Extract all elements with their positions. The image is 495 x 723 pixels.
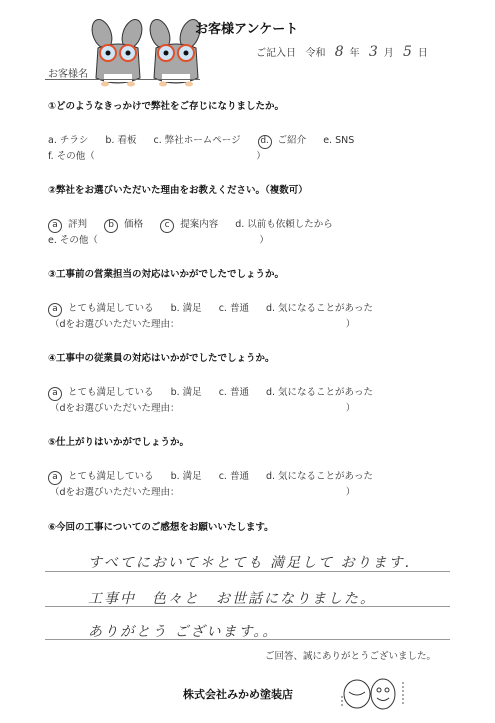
option-c[interactable]: c 提案内容 [160,216,218,233]
option-b[interactable]: b 価格 [104,216,143,233]
mouse-with-glasses-icon [88,18,148,88]
question-3-options: a とても満足している b. 満足 c. 普通 d. 気になることがあった [48,300,387,317]
option-c[interactable]: c. 弊社ホームページ [154,132,241,146]
option-b[interactable]: b. 看板 [105,132,136,146]
selected-circle: a [48,471,62,485]
comment-line-1[interactable]: すべてにおいて＊とても 満足して おります. [88,552,411,572]
thanks-message: ご回答、誠にありがとうございました。 [265,648,436,662]
option-c[interactable]: c. 普通 [219,300,249,314]
option-a-label: 評判 [68,219,87,230]
era: 令和 [306,48,326,59]
option-b[interactable]: b. 満足 [171,384,202,398]
option-b[interactable]: b. 満足 [171,300,202,314]
question-1-options: a. チラシ b. 看板 c. 弊社ホームページ d. ご紹介 e. SNS [48,132,368,149]
customer-name-line [45,79,200,80]
month-unit: 月 [384,48,394,59]
option-d[interactable]: d. ご紹介 [258,132,307,149]
selected-circle: d. [258,135,272,149]
question-1-other[interactable]: f. その他（ ） [48,148,266,162]
question-3-title: ③工事前の営業担当の対応はいかがでしたでしょうか。 [48,266,284,280]
date-field: ご記入日 令和 8年 3月 5日 [256,44,428,60]
option-d[interactable]: d. 気になることがあった [266,300,373,314]
option-d[interactable]: d. 気になることがあった [266,468,373,482]
question-2-title: ②弊社をお選びいただいた理由をお教えください。（複数可） [48,182,308,196]
question-3-reason[interactable]: （dをお選びいただいた理由： ） [50,316,355,330]
option-e[interactable]: e. SNS [323,135,354,146]
staff-caricature-icon [337,676,412,712]
option-b-label: 価格 [124,219,143,230]
question-6-title: ⑥今回の工事についてのご感想をお願いいたします。 [48,519,274,533]
question-2-options: a 評判 b 価格 c 提案内容 d. 以前も依頼したから [48,216,347,233]
option-a-label: とても満足している [68,387,154,398]
option-d[interactable]: d. 以前も依頼したから [235,216,333,230]
month-value: 3 [369,44,378,60]
question-4-options: a とても満足している b. 満足 c. 普通 d. 気になることがあった [48,384,387,401]
option-c-label: 提案内容 [180,219,218,230]
page-title: お客様アンケート [195,18,298,37]
selected-circle: a [48,219,62,233]
comment-rule [45,639,450,640]
option-a-label: とても満足している [68,303,154,314]
option-a[interactable]: a 評判 [48,216,87,233]
selected-circle: b [104,219,118,233]
date-label: ご記入日 [256,48,296,59]
question-2-other[interactable]: e. その他（ ） [48,232,269,246]
selected-circle: a [48,303,62,317]
comment-rule [45,571,450,572]
question-5-title: ⑤仕上がりはいかがでしょうか。 [48,434,189,448]
option-a[interactable]: a とても満足している [48,468,154,485]
customer-name-label: お客様名 [48,65,88,80]
comment-line-3[interactable]: ありがとう ございます。。 [88,621,278,641]
option-d[interactable]: d. 気になることがあった [266,384,373,398]
selected-circle: a [48,387,62,401]
selected-circle: c [160,219,174,233]
comment-line-2[interactable]: 工事中 色々と お世話になりました。 [88,588,376,608]
year-unit: 年 [350,48,360,59]
option-c[interactable]: c. 普通 [219,468,249,482]
question-4-title: ④工事中の従業員の対応はいかがでしたでしょうか。 [48,350,275,364]
option-a-label: とても満足している [68,471,154,482]
option-a[interactable]: a とても満足している [48,384,154,401]
option-a[interactable]: a. チラシ [48,132,88,146]
question-5-options: a とても満足している b. 満足 c. 普通 d. 気になることがあった [48,468,387,485]
option-a[interactable]: a とても満足している [48,300,154,317]
option-b[interactable]: b. 満足 [171,468,202,482]
comment-rule [45,606,450,607]
day-unit: 日 [418,48,428,59]
question-5-reason[interactable]: （dをお選びいただいた理由： ） [50,484,355,498]
day-value: 5 [403,44,412,60]
option-c[interactable]: c. 普通 [219,384,249,398]
option-d-label: ご紹介 [278,135,307,146]
year-value: 8 [335,44,344,60]
question-1-title: ①どのようなきっかけで弊社をご存じになりましたか。 [48,98,284,112]
company-name: 株式会社みかめ塗装店 [183,686,293,702]
question-4-reason[interactable]: （dをお選びいただいた理由： ） [50,400,355,414]
